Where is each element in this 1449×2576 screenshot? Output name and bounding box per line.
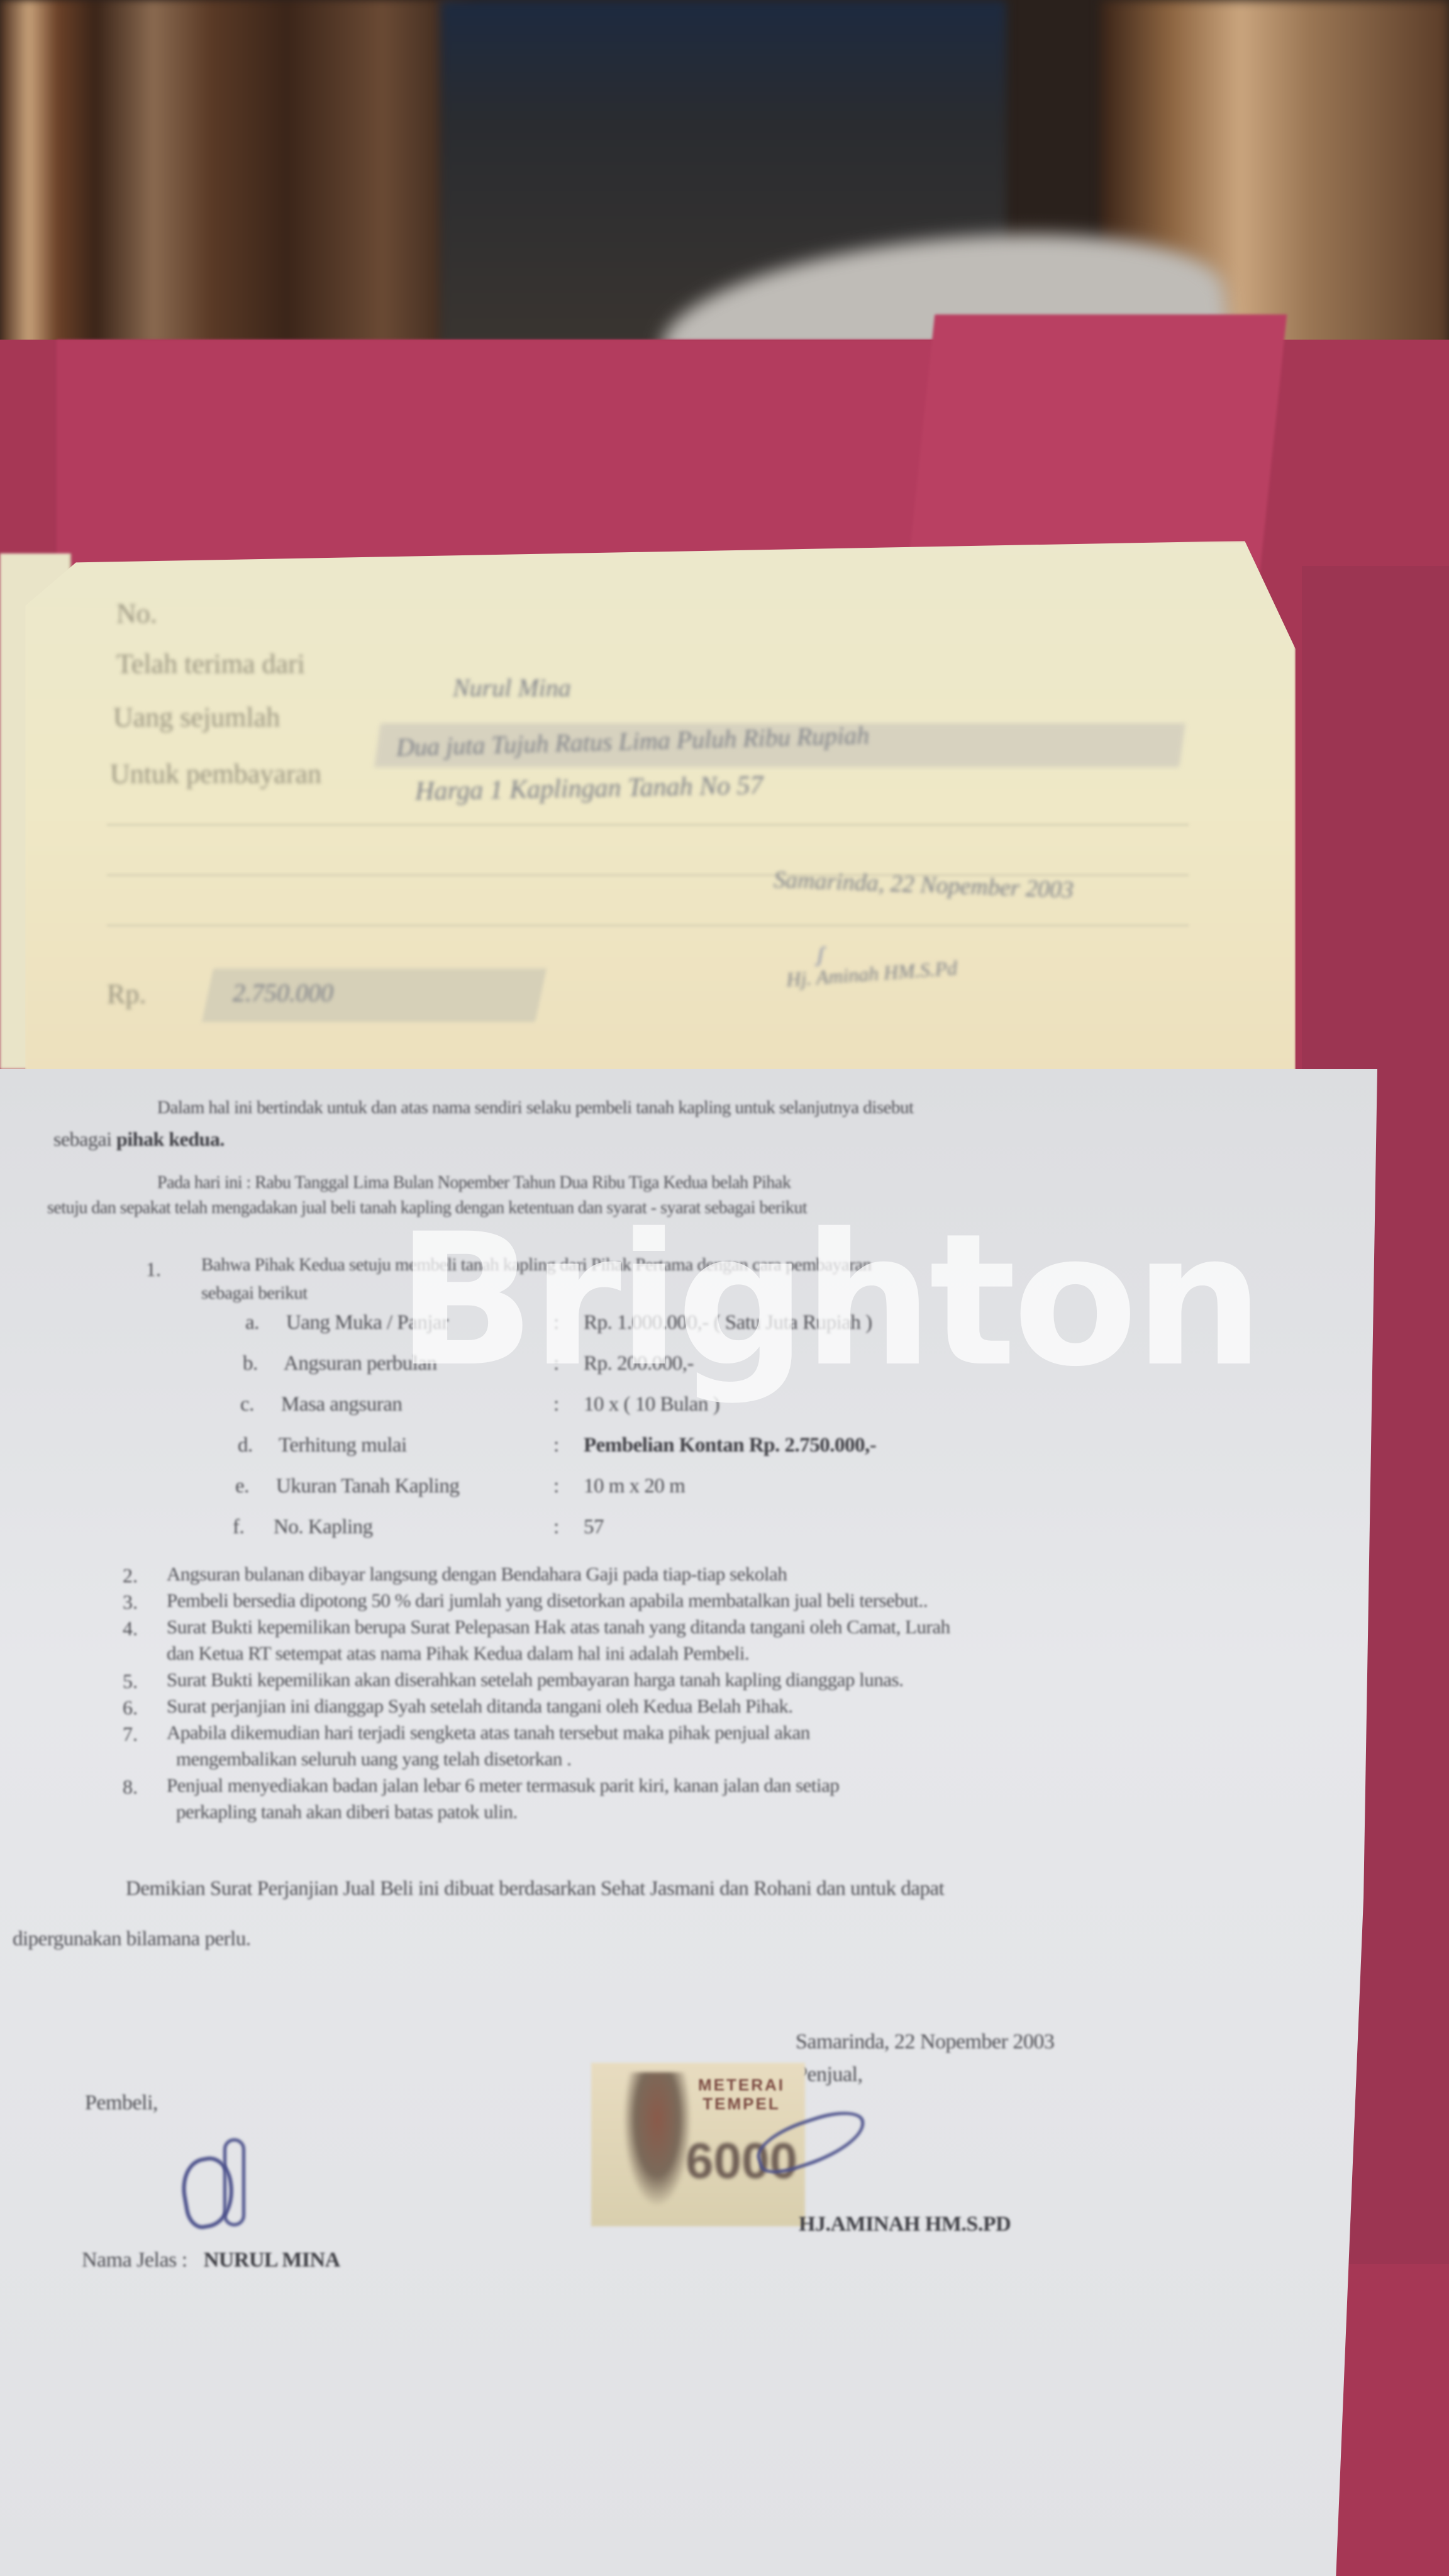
stamp-title: METERAI TEMPEL — [698, 2075, 785, 2113]
closing-line-2: dipergunakan bilamana perlu. — [13, 1928, 251, 1951]
intro-party-two: pihak kedua. — [116, 1128, 225, 1150]
watermark: Brighton — [396, 1195, 1260, 1407]
clause-line: Surat Bukti kepemilikan akan diserahkan … — [167, 1668, 903, 1691]
clause-line: Angsuran bulanan dibayar langsung dengan… — [167, 1563, 787, 1585]
payment-item-colon: : — [553, 1475, 559, 1498]
buyer-name: NURUL MINA — [204, 2248, 340, 2272]
payment-item-label: Ukuran Tanah Kapling — [276, 1475, 459, 1498]
receipt-purpose: Harga 1 Kaplingan Tanah No 57 — [415, 770, 763, 807]
clause-number: 1. — [146, 1258, 161, 1281]
receipt-label-no: No. — [116, 597, 157, 630]
clause-number: 2. — [123, 1564, 138, 1587]
payment-item-letter: f. — [233, 1516, 244, 1539]
clause-number: 3. — [123, 1591, 138, 1614]
receipt-amount-prefix: Rp. — [107, 978, 146, 1010]
intro-line-1: Dalam hal ini bertindak untuk dan atas n… — [157, 1097, 914, 1118]
agreement-place-date: Samarinda, 22 Nopember 2003 — [796, 2030, 1054, 2054]
stamp-title-line-1: METERAI — [698, 2075, 785, 2094]
clause-number: 7. — [123, 1723, 138, 1746]
buyer-name-line: Nama Jelas : NURUL MINA — [82, 2248, 340, 2272]
receipt-rule — [107, 824, 1189, 826]
payment-item-colon: : — [553, 1516, 559, 1539]
payment-item-letter: c. — [240, 1393, 254, 1416]
clause-line: Penjual menyediakan badan jalan lebar 6 … — [167, 1774, 839, 1797]
payment-item-value: 57 — [584, 1516, 604, 1539]
clause-line: Surat perjanjian ini dianggap Syah setel… — [167, 1695, 793, 1718]
payment-item-letter: b. — [243, 1352, 258, 1375]
clause-line: dan Ketua RT setempat atas nama Pihak Ke… — [167, 1642, 749, 1665]
receipt-label-amount-words: Uang sejumlah — [113, 701, 280, 733]
clause-1-line-2: sebagai berikut — [201, 1283, 308, 1304]
receipt-label-purpose: Untuk pembayaran — [110, 758, 321, 790]
seller-label: Penjual, — [796, 2063, 862, 2087]
clause-line: mengembalikan seluruh uang yang telah di… — [176, 1748, 571, 1770]
buyer-signature-stroke — [223, 2138, 245, 2226]
intro-line-2: sebagai pihak kedua. — [53, 1128, 225, 1151]
stamp-title-line-2: TEMPEL — [698, 2094, 785, 2113]
date-line-1: Pada hari ini : Rabu Tanggal Lima Bulan … — [157, 1173, 791, 1193]
payment-item-colon: : — [553, 1434, 559, 1457]
payment-item-letter: a. — [245, 1311, 259, 1335]
clause-number: 8. — [123, 1775, 138, 1799]
payment-item-label: Masa angsuran — [281, 1393, 402, 1416]
buyer-name-label: Nama Jelas : — [82, 2248, 187, 2272]
clause-line: Surat Bukti kepemilikan berupa Surat Pel… — [167, 1616, 950, 1638]
background-wood-left — [0, 0, 478, 352]
intro-prefix: sebagai — [53, 1128, 111, 1150]
garuda-emblem-icon — [623, 2072, 692, 2207]
payment-item-label: Terhitung mulai — [279, 1434, 407, 1457]
clause-number: 4. — [123, 1617, 138, 1640]
receipt-signature: ʃ — [818, 943, 824, 967]
clause-number: 6. — [123, 1696, 138, 1719]
receipt-rule — [107, 924, 1189, 926]
clause-line: Apabila dikemudian hari terjadi sengketa… — [167, 1721, 810, 1744]
seller-name: HJ.AMINAH HM.S.PD — [799, 2212, 1011, 2236]
receipt-received-from: Nurul Mina — [453, 673, 571, 702]
closing-line-1: Demikian Surat Perjanjian Jual Beli ini … — [126, 1877, 944, 1901]
payment-item-value: Pembelian Kontan Rp. 2.750.000,- — [584, 1434, 876, 1457]
payment-item-value: 10 m x 20 m — [584, 1475, 685, 1498]
clause-number: 5. — [123, 1670, 138, 1693]
receipt-label-received-from: Telah terima dari — [116, 648, 305, 680]
clause-line: perkapling tanah akan diberi batas patok… — [176, 1801, 518, 1823]
buyer-label: Pembeli, — [85, 2091, 158, 2115]
receipt-amount: 2.750.000 — [233, 978, 333, 1008]
payment-item-label: No. Kapling — [274, 1516, 373, 1539]
clause-line: Pembeli bersedia dipotong 50 % dari juml… — [167, 1589, 928, 1612]
payment-item-letter: e. — [235, 1475, 249, 1498]
payment-item-letter: d. — [238, 1434, 253, 1457]
